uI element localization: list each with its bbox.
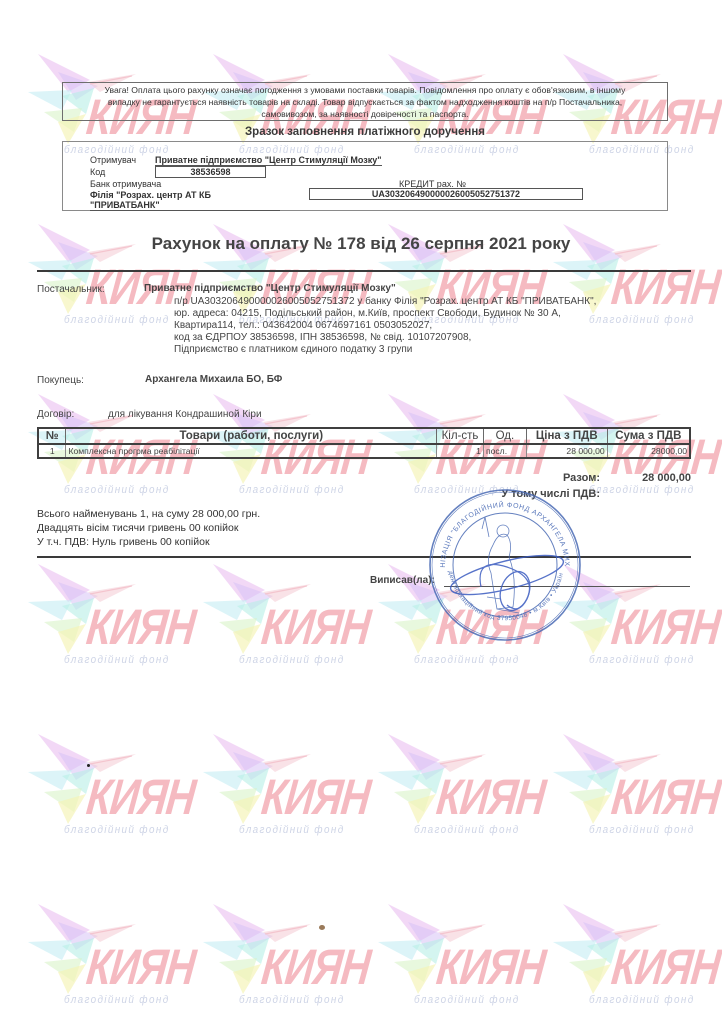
row-number: 1 <box>38 444 66 458</box>
code-field: 38536598 <box>155 166 266 178</box>
col-sum: Сума з ПДВ <box>607 428 690 444</box>
organization-stamp: ОРГАНІЗАЦІЯ "БЛАГОДІЙНИЙ ФОНД АРХАНГЕЛА … <box>427 487 583 643</box>
sum-summary: Всього найменувань 1, на суму 28 000,00 … <box>37 507 260 549</box>
supplier-tax-line: Підприємство є платником єдиного податку… <box>174 344 596 356</box>
buyer-label: Покупець: <box>37 375 84 386</box>
col-quantity: Кіл-сть <box>437 428 484 444</box>
table-header-row: № Товари (работи, послуги) Кіл-сть Од. Ц… <box>38 428 690 444</box>
row-quantity: 1 <box>437 444 484 458</box>
recipient-value: Приватне підприємство "Центр Стимуляції … <box>155 155 382 166</box>
supplier-address-line: юр. адреса: 04215, Подільський район, м.… <box>174 308 596 320</box>
contract-label: Договір: <box>37 409 74 420</box>
total-label: Разом: <box>500 472 600 484</box>
row-unit: посл. <box>483 444 526 458</box>
total-value: 28 000,00 <box>600 472 691 484</box>
contract-value: для лікування Кондрашиной Кіри <box>108 409 262 421</box>
col-unit: Од. <box>483 428 526 444</box>
vat-in-words-line: У т.ч. ПДВ: Нуль гривень 00 копійок <box>37 535 260 549</box>
goods-table: № Товари (работи, послуги) Кіл-сть Од. Ц… <box>37 427 691 459</box>
col-goods: Товари (работи, послуги) <box>66 428 437 444</box>
row-goods-name: Комплексна прогрма реабілітації <box>66 444 437 458</box>
summary-divider <box>37 556 691 558</box>
code-label: Код <box>90 167 105 177</box>
notice-line-2: випадку не гарантується наявність товарі… <box>63 96 667 108</box>
payment-sample-box: Отримувач Приватне підприємство "Центр С… <box>62 141 668 211</box>
supplier-phone-line: Квартира114, тел.: 043642004 0674697161 … <box>174 320 596 332</box>
title-divider <box>37 270 691 272</box>
row-sum: 28000,00 <box>607 444 690 458</box>
supplier-label: Постачальник: <box>37 284 105 295</box>
payment-sample-title: Зразок заповнення платіжного доручення <box>62 126 668 138</box>
invoice-title: Рахунок на оплату № 178 від 26 серпня 20… <box>0 234 722 254</box>
notice-line-1: Увага! Оплата цього рахунку означає пого… <box>63 84 667 96</box>
notice-line-3: самовивозом, за наявності довіреності та… <box>63 108 667 120</box>
bank-label: Банк отримувача <box>90 179 161 189</box>
items-total-line: Всього найменувань 1, на суму 28 000,00 … <box>37 507 260 521</box>
supplier-codes-line: код за ЄДРПОУ 38536598, ІПН 38536598, № … <box>174 332 596 344</box>
row-price: 28 000,00 <box>526 444 607 458</box>
buyer-name: Архангела Михаила БО, БФ <box>145 374 282 386</box>
supplier-account-line: п/р UA303206490000026005052751372 у банк… <box>174 296 596 308</box>
payment-notice-box: Увага! Оплата цього рахунку означає пого… <box>62 82 668 121</box>
amount-in-words-line: Двадцять вісім тисячи гривень 00 копійок <box>37 521 260 535</box>
supplier-name: Приватне підприємство "Центр Стимуляції … <box>144 283 396 295</box>
scan-speck <box>87 764 90 767</box>
bank-value: Філія "Розрах. центр АТ КБ "ПРИВАТБАНК" <box>90 190 280 211</box>
scan-speck <box>319 925 325 930</box>
supplier-details: п/р UA303206490000026005052751372 у банк… <box>174 296 596 356</box>
issued-by-label: Виписав(ла): <box>370 575 435 586</box>
stamp-seal-icon: ОРГАНІЗАЦІЯ "БЛАГОДІЙНИЙ ФОНД АРХАНГЕЛА … <box>427 487 583 643</box>
table-row: 1 Комплексна прогрма реабілітації 1 посл… <box>38 444 690 458</box>
recipient-label: Отримувач <box>90 155 136 165</box>
col-number: № <box>38 428 66 444</box>
invoice-document: Увага! Оплата цього рахунку означає пого… <box>0 0 722 1024</box>
col-price: Ціна з ПДВ <box>526 428 607 444</box>
credit-account-field: UA303206490000026005052751372 <box>309 188 583 200</box>
